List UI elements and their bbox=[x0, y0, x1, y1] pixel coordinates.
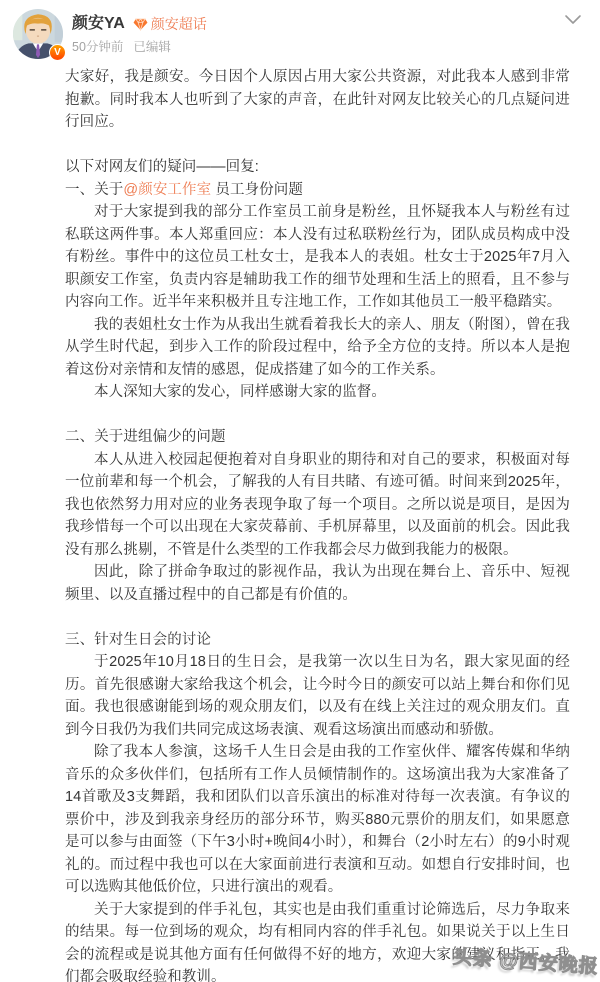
text-segment: 我的表姐杜女士作为从我出生就看着我长大的亲人、朋友（附图），曾在我从学生时代起，… bbox=[65, 317, 570, 378]
post-paragraph: 二、关于进组偏少的问题 bbox=[65, 426, 570, 449]
post-paragraph: 于2025年10月18日的生日会，是我第一次以生日为名，跟大家见面的经历。首先很… bbox=[65, 651, 570, 741]
text-segment: 大家好，我是颜安。今日因个人原因占用大家公共资源，对此我本人感到非常抱歉。同时我… bbox=[65, 69, 570, 130]
post-timestamp[interactable]: 50分钟前 bbox=[72, 40, 123, 54]
text-segment: 二、关于进组偏少的问题 bbox=[65, 429, 226, 445]
post-paragraph: 因此，除了拼命争取过的影视作品，我认为出现在舞台上、音乐中、短视频里、以及直播过… bbox=[65, 561, 570, 606]
post-meta: 50分钟前已编辑 bbox=[72, 39, 570, 55]
post-paragraph: 对于大家提到我的部分工作室员工前身是粉丝，且怀疑我本人与粉丝有过私联这两件事。本… bbox=[65, 201, 570, 314]
text-segment: 除了我本人参演，这场千人生日会是由我的工作室伙伴、耀客传媒和华纳音乐的众多伙伴们… bbox=[65, 744, 570, 895]
post-paragraph: 以下对网友们的疑问——回复: bbox=[65, 156, 570, 179]
post-paragraph: 本人深知大家的发心，同样感谢大家的监督。 bbox=[65, 381, 570, 404]
text-segment: 于2025年10月18日的生日会，是我第一次以生日为名，跟大家见面的经历。首先很… bbox=[65, 654, 570, 738]
mention-link[interactable]: @颜安工作室 bbox=[123, 182, 211, 198]
edited-label: 已编辑 bbox=[133, 40, 171, 54]
blank-line bbox=[65, 404, 570, 427]
post-paragraph: 一、关于@颜安工作室 员工身份问题 bbox=[65, 179, 570, 202]
post-paragraph: 本人从进入校园起便抱着对自身职业的期待和对自己的要求，积极面对每一位前辈和每一个… bbox=[65, 449, 570, 562]
blank-line bbox=[65, 606, 570, 629]
post-paragraph: 我的表姐杜女士作为从我出生就看着我长大的亲人、朋友（附图），曾在我从学生时代起，… bbox=[65, 314, 570, 382]
username[interactable]: 颜安YA bbox=[72, 14, 125, 34]
post-paragraph: 三、针对生日会的讨论 bbox=[65, 629, 570, 652]
text-segment: 本人深知大家的发心，同样感谢大家的监督。 bbox=[94, 384, 386, 400]
supertopic-gem-icon bbox=[133, 18, 148, 31]
text-segment: 一、关于 bbox=[65, 182, 123, 198]
supertopic-label: 颜安超话 bbox=[151, 14, 207, 34]
blank-line bbox=[65, 134, 570, 157]
text-segment: 以下对网友们的疑问——回复: bbox=[65, 159, 259, 175]
text-segment: 因此，除了拼命争取过的影视作品，我认为出现在舞台上、音乐中、短视频里、以及直播过… bbox=[65, 564, 570, 603]
text-segment: 对于大家提到我的部分工作室员工前身是粉丝，且怀疑我本人与粉丝有过私联这两件事。本… bbox=[65, 204, 570, 310]
post-paragraph: 除了我本人参演，这场千人生日会是由我的工作室伙伴、耀客传媒和华纳音乐的众多伙伴们… bbox=[65, 741, 570, 899]
text-segment: 三、针对生日会的讨论 bbox=[65, 632, 211, 648]
weibo-post: V 颜安YA 颜安超话 50分钟前已编辑 大家好，我是颜安。今日因个人原因占用大… bbox=[0, 0, 600, 982]
post-paragraph: 大家好，我是颜安。今日因个人原因占用大家公共资源，对此我本人感到非常抱歉。同时我… bbox=[65, 66, 570, 134]
text-segment: 员工身份问题 bbox=[211, 182, 303, 198]
supertopic-badge[interactable]: 颜安超话 bbox=[133, 14, 207, 34]
text-segment: 本人从进入校园起便抱着对自身职业的期待和对自己的要求，积极面对每一位前辈和每一个… bbox=[65, 452, 570, 558]
post-header: 颜安YA 颜安超话 50分钟前已编辑 bbox=[0, 0, 600, 55]
post-paragraph: 关于大家提到的伴手礼包，其实也是由我们重重讨论筛选后，尽力争取来的结果。每一位到… bbox=[65, 899, 570, 982]
text-segment: 关于大家提到的伴手礼包，其实也是由我们重重讨论筛选后，尽力争取来的结果。每一位到… bbox=[65, 902, 570, 982]
chevron-down-icon[interactable] bbox=[564, 13, 582, 27]
post-body: 大家好，我是颜安。今日因个人原因占用大家公共资源，对此我本人感到非常抱歉。同时我… bbox=[65, 66, 570, 982]
